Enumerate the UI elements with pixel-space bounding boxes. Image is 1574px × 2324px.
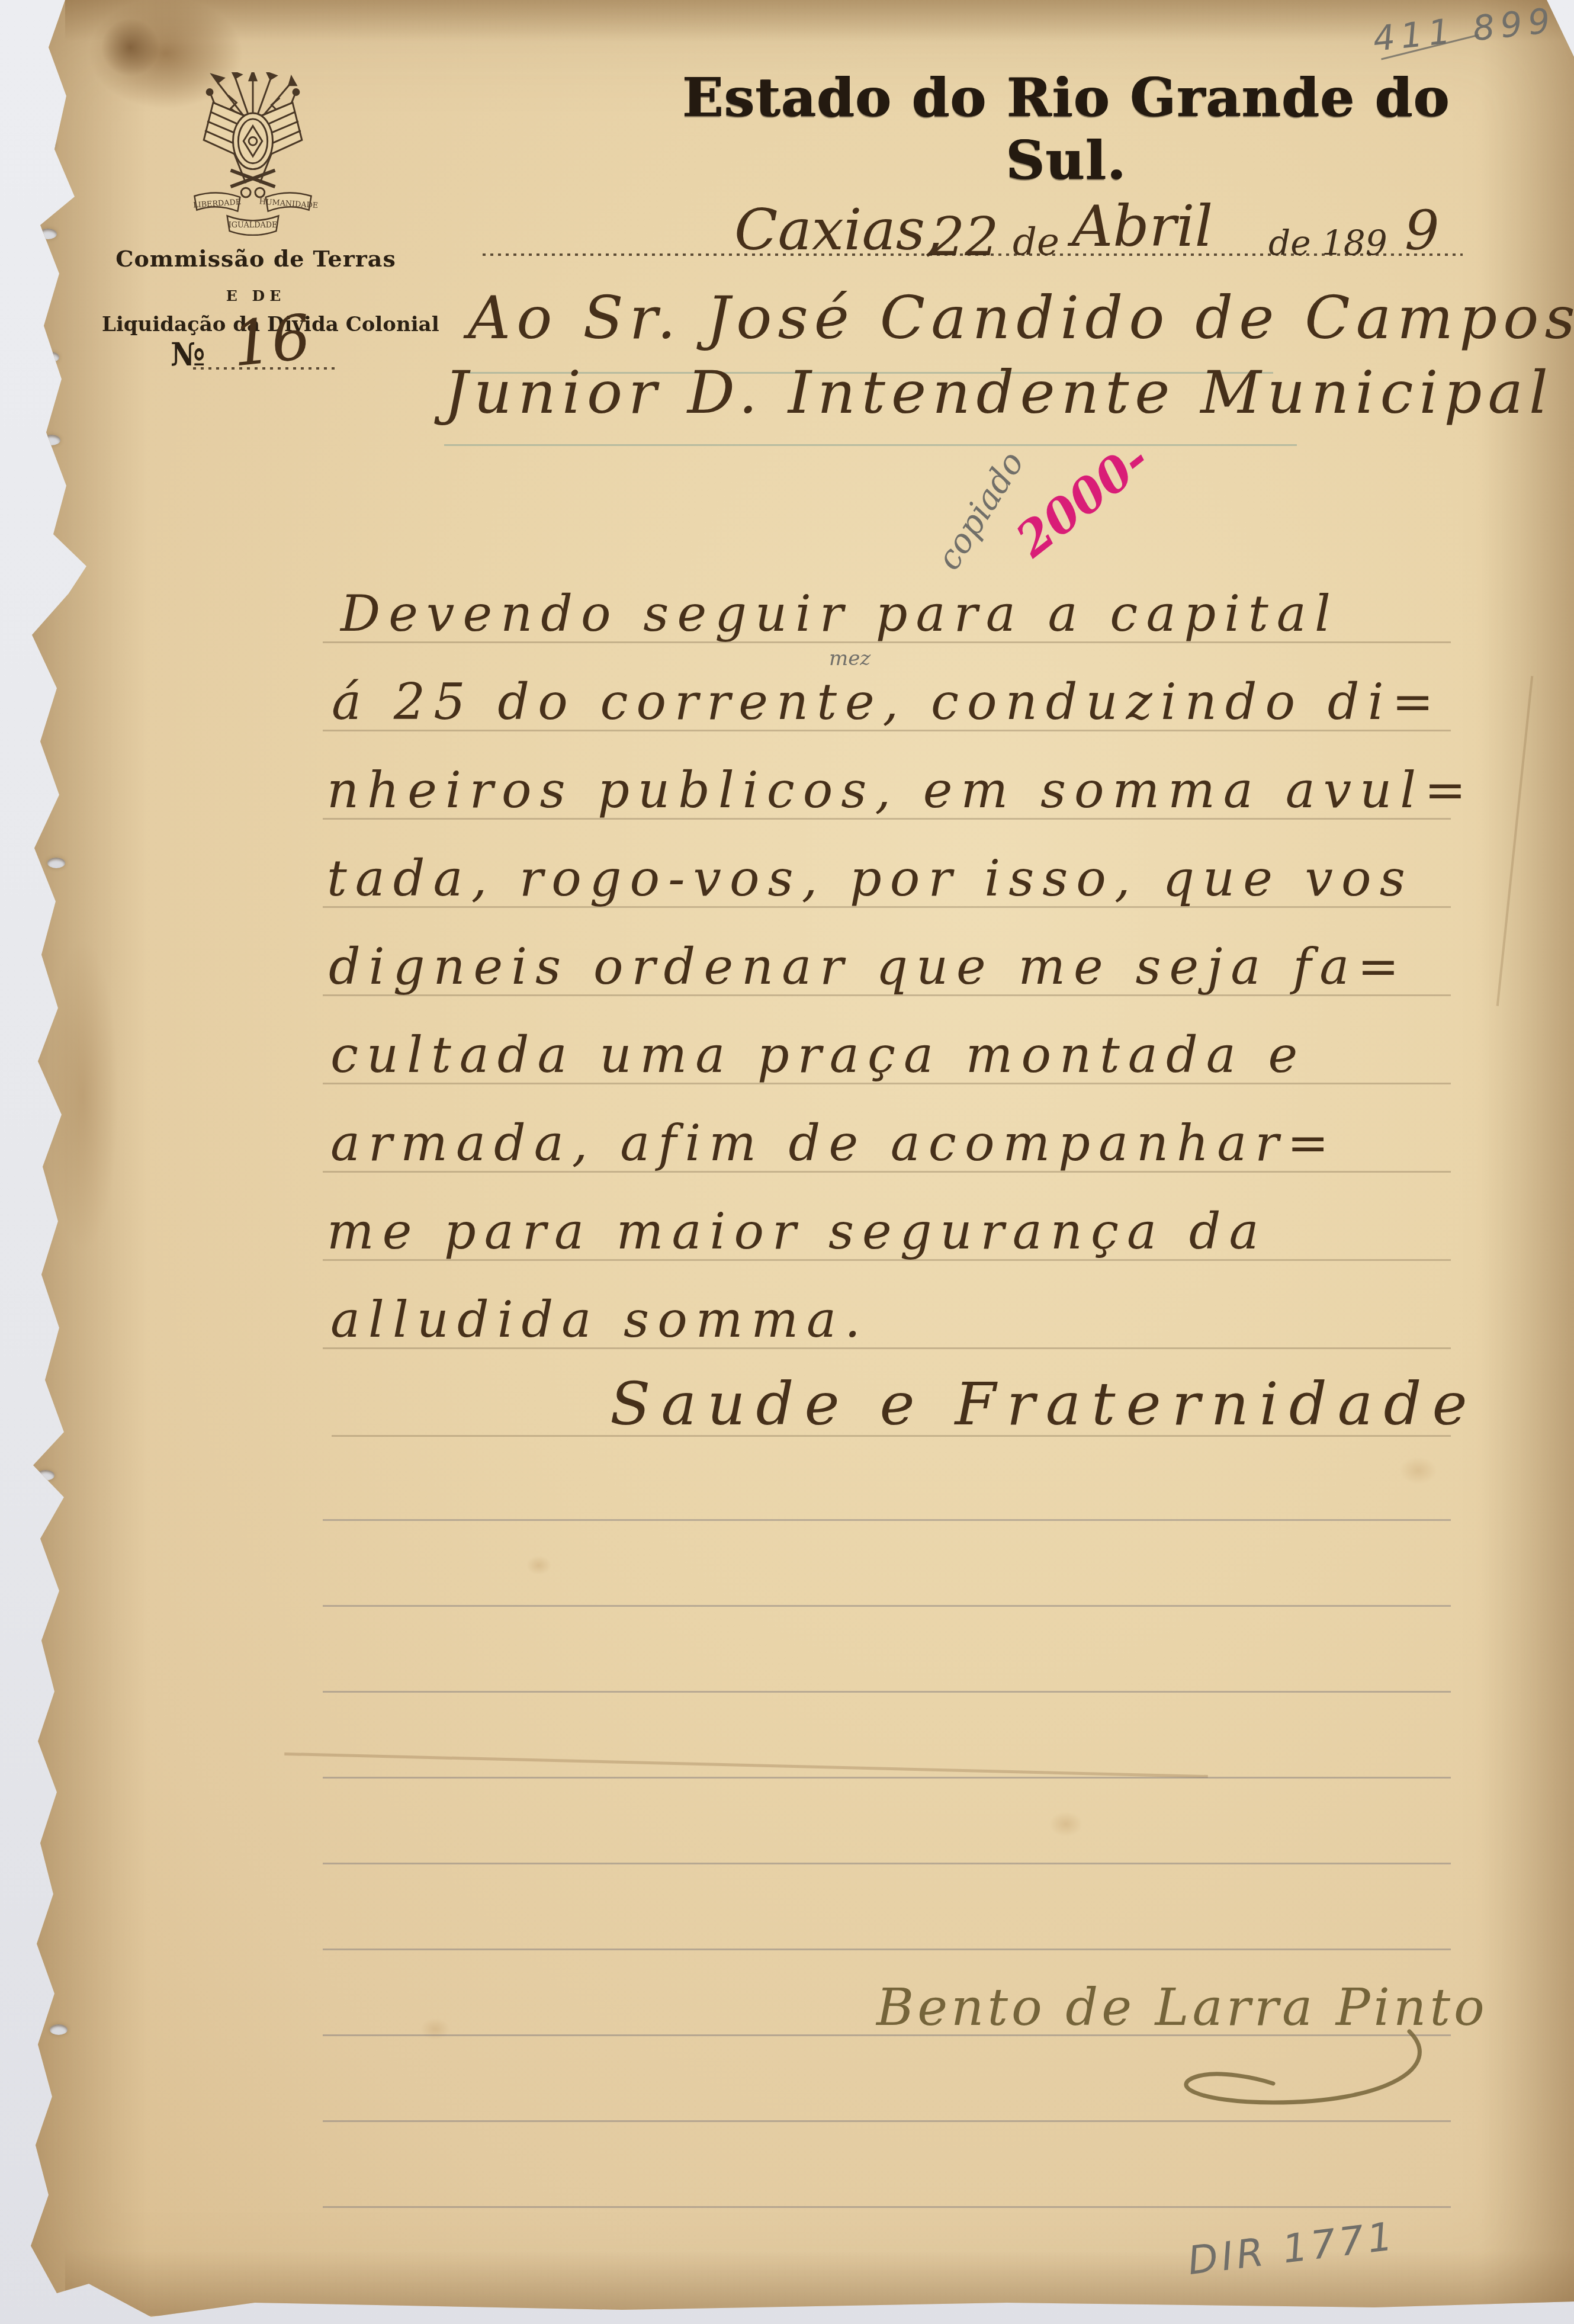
body-line: digneis ordenar que me seja fa= (329, 938, 1408, 996)
binding-hole (39, 229, 57, 239)
binding-hole (37, 1470, 54, 1481)
ruled-line (323, 1605, 1451, 1607)
copied-pencil-note: copiado (930, 445, 1032, 577)
dateline-year-printed: de 189 (1268, 223, 1387, 263)
ruled-line (323, 1691, 1451, 1693)
binding-hole (41, 352, 59, 362)
commission-title: Commissão de Terras (102, 245, 410, 272)
ruled-line (323, 818, 1451, 820)
archive-number-top: 411 899 (1371, 0, 1557, 59)
ruled-line (323, 2206, 1451, 2208)
fold-crease (284, 1752, 1208, 1778)
binding-hole (38, 140, 56, 150)
ruled-line (323, 1777, 1451, 1779)
stain-top-left-dark (89, 6, 172, 89)
archive-code-bottom: DIR 1771 (1186, 2213, 1399, 2284)
ruled-line (323, 1863, 1451, 1864)
coat-of-arms-emblem: LIBERDADE HUMANIDADE IGUALDADE (176, 72, 329, 236)
ruled-line (323, 730, 1451, 731)
ruled-line (323, 1259, 1451, 1261)
ruled-line (323, 1949, 1451, 1950)
closing-salutation: Saude e Fraternidade (610, 1369, 1478, 1439)
top-edge-shading (65, 0, 1574, 41)
recipient-line2: Junior D. Intendente Municipal (444, 358, 1554, 427)
body-line: á 25 do corrente, conduzindo di= (332, 673, 1442, 731)
stain-mid-left (36, 888, 130, 1303)
body-line: Devendo seguir para a capital (341, 585, 1339, 643)
insertion-pencil-note: mez (829, 647, 870, 670)
dateline-year-digit: 9 (1405, 199, 1440, 262)
ruled-line (323, 1519, 1451, 1521)
commission-conjunction: E DE (102, 287, 410, 304)
binding-hole (34, 64, 52, 75)
ruled-line (323, 641, 1451, 643)
left-edge-shading (24, 0, 148, 2324)
binding-hole (50, 2024, 68, 2035)
body-line: cultada uma praça montada e (330, 1026, 1306, 1084)
body-line: me para maior segurança da (327, 1202, 1267, 1260)
binding-hole (43, 435, 60, 445)
foxing-spot (1042, 1806, 1090, 1842)
ruled-line (323, 994, 1451, 996)
recipient-underline (444, 444, 1297, 446)
pink-number-note: 2000- (1006, 431, 1159, 568)
document-number-value: 16 (229, 300, 314, 380)
recipient-line1: Ao Sr. José Candido de Campos (468, 283, 1574, 352)
dateline-de: de (1013, 220, 1059, 264)
ribbon-center-text: IGUALDADE (229, 221, 278, 230)
ruled-line (323, 906, 1451, 908)
ruled-line (323, 1347, 1451, 1349)
ruled-line (332, 1435, 1451, 1437)
dateline-month: Abril (1072, 193, 1213, 259)
body-line: tada, rogo-vos, por isso, que vos (327, 849, 1414, 907)
dateline-dotted-line (483, 253, 1463, 256)
dateline-day: 22 (931, 206, 999, 268)
body-line: armada, afim de acompanhar= (330, 1114, 1337, 1172)
ruled-line (323, 1083, 1451, 1084)
letterhead-state-title: Estado do Rio Grande do Sul. (628, 66, 1504, 192)
ruled-line (323, 1171, 1451, 1173)
body-line: alludida somma. (330, 1291, 869, 1349)
body-line: nheiros publicos, em somma avul= (327, 761, 1475, 819)
crease-right (1496, 676, 1534, 1006)
binding-hole (47, 858, 65, 868)
foxing-spot (1392, 1451, 1445, 1490)
foxing-spot (415, 2014, 456, 2044)
scanned-document: Estado do Rio Grande do Sul. (0, 0, 1574, 2324)
signature-flourish (1078, 2014, 1469, 2132)
foxing-spot (521, 1552, 557, 1579)
document-page: Estado do Rio Grande do Sul. (0, 0, 1574, 2324)
